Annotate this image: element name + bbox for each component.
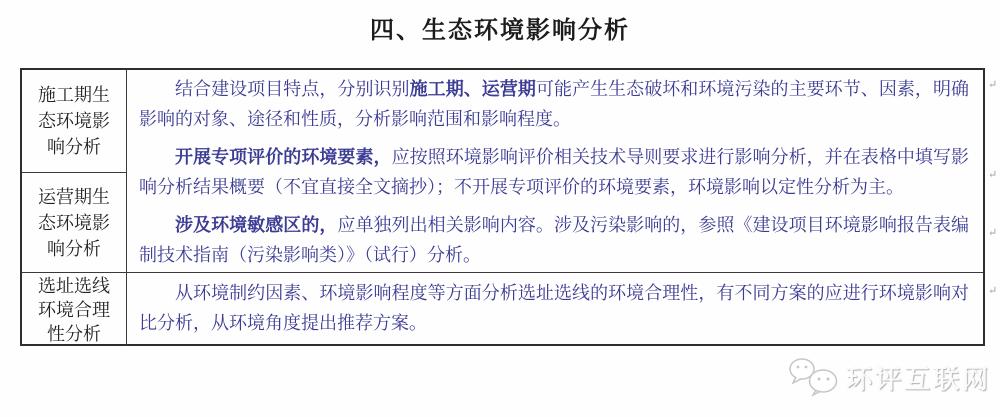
watermark: 环评互联网 bbox=[788, 356, 991, 398]
paragraph-sensitive-area: 涉及环境敏感区的，应单独列出相关影响内容。涉及污染影响的，参照《建设项目环境影响… bbox=[139, 210, 969, 270]
row-header-siting-rationality: 选址选线环境合理性分析 bbox=[22, 273, 127, 346]
impact-analysis-cell: 结合建设项目特点，分别识别施工期、运营期可能产生生态破坏和环境污染的主要环节、因… bbox=[127, 70, 983, 273]
paragraph-mark-icon: ↵ bbox=[988, 170, 997, 181]
paragraph-siting-analysis: 从环境制约因素、环境影响程度等方面分析选址选线的环境合理性，有不同方案的应进行环… bbox=[139, 278, 969, 338]
text-segment-bold: 开展专项评价的环境要素， bbox=[175, 147, 392, 167]
wechat-logo-icon bbox=[788, 356, 840, 398]
paragraph-mark-icon: ↵ bbox=[988, 80, 997, 91]
text-segment-bold: 施工期、运营期 bbox=[410, 79, 536, 99]
paragraph-special-evaluation: 开展专项评价的环境要素，应按照环境影响评价相关技术导则要求进行影响分析，并在表格… bbox=[139, 142, 969, 202]
text-segment: 结合建设项目特点，分别识别 bbox=[175, 79, 410, 99]
page-title: 四、生态环境影响分析 bbox=[0, 10, 1000, 45]
row-header-operation-period: 运营期生态环境影响分析 bbox=[22, 173, 127, 273]
watermark-label: 环评互联网 bbox=[846, 359, 991, 396]
paragraph-mark-icon: ↵ bbox=[988, 228, 997, 239]
paragraph-mark-icon: ↵ bbox=[988, 286, 997, 297]
text-segment-bold: 涉及环境敏感区的， bbox=[175, 215, 337, 235]
paragraph-impact-identification: 结合建设项目特点，分别识别施工期、运营期可能产生生态破坏和环境污染的主要环节、因… bbox=[139, 74, 969, 134]
siting-analysis-cell: 从环境制约因素、环境影响程度等方面分析选址选线的环境合理性，有不同方案的应进行环… bbox=[127, 273, 983, 346]
text-segment: 从环境制约因素、环境影响程度等方面分析选址选线的环境合理性，有不同方案的应进行环… bbox=[139, 283, 969, 333]
row-header-construction-period: 施工期生态环境影响分析 bbox=[22, 70, 127, 173]
impact-analysis-table: 施工期生态环境影响分析 运营期生态环境影响分析 结合建设项目特点，分别识别施工期… bbox=[20, 68, 985, 346]
